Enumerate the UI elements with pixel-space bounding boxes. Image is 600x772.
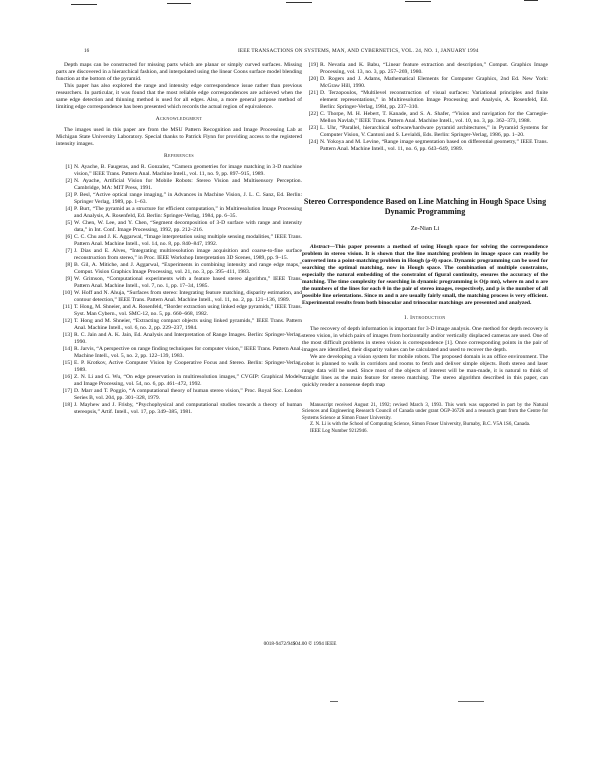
- reference-text: W. Grimson, “Computational experiments w…: [74, 276, 302, 289]
- reference-text: L. Uhr, “Parallel, hierarchical software…: [320, 125, 548, 138]
- reference-number: [12]: [56, 318, 72, 325]
- acknowledgment-text: The images used in this paper are from t…: [56, 127, 302, 148]
- reference-text: P. Besl, “Active optical range imaging,”…: [74, 192, 302, 205]
- reference-item: [22]C. Thorpe, M. H. Hebert, T. Kanade, …: [302, 111, 548, 125]
- reference-item: [10]W. Hoff and N. Ahuja, “Surfaces from…: [56, 290, 302, 304]
- reference-text: J. Mayhew and J. Frisby, “Psychophysical…: [74, 402, 302, 415]
- reference-text: T. Hong, M. Shneier, and A. Rosenfeld, “…: [74, 304, 302, 317]
- footnotes: Manuscript received August 21, 1992; rev…: [302, 403, 548, 435]
- reference-number: [2]: [56, 178, 72, 185]
- abstract: Abstract—This paper presents a method of…: [302, 244, 548, 307]
- reference-number: [4]: [56, 206, 72, 213]
- reference-item: [2]N. Ayache, Artificial Vision for Mobi…: [56, 178, 302, 192]
- scan-mark: [71, 4, 97, 5]
- reference-item: [24]N. Yokoya and M. Levine, “Range imag…: [302, 139, 548, 153]
- reference-list: [1]N. Ayache, B. Faugeras, and R. Gonzal…: [56, 164, 302, 416]
- reference-text: W. Hoff and N. Ahuja, “Surfaces from ste…: [74, 290, 302, 303]
- reference-number: [22]: [302, 111, 318, 118]
- reference-text: T. Hong and M. Shneier, “Extracting comp…: [74, 318, 302, 331]
- reference-item: [19]R. Nevatia and K. Babu, “Linear feat…: [302, 62, 548, 76]
- reference-item: [9]W. Grimson, “Computational experiment…: [56, 276, 302, 290]
- reference-item: [13]R. C. Jain and A. K. Jain, Ed. Analy…: [56, 332, 302, 346]
- paper-title: Stereo Correspondence Based on Line Matc…: [302, 197, 548, 217]
- reference-number: [20]: [302, 76, 318, 83]
- journal-title: IEEE TRANSACTIONS ON SYSTEMS, MAN, AND C…: [238, 48, 479, 54]
- reference-number: [18]: [56, 402, 72, 409]
- reference-number: [3]: [56, 192, 72, 199]
- reference-item: [15]E. P. Krotkov, Active Computer Visio…: [56, 360, 302, 374]
- introduction-heading: I. Introduction: [302, 315, 548, 322]
- footnote: Manuscript received August 21, 1992; rev…: [302, 403, 548, 422]
- reference-number: [1]: [56, 164, 72, 171]
- reference-text: E. P. Krotkov, Active Computer Vision by…: [74, 360, 302, 373]
- scan-mark: [286, 2, 312, 3]
- reference-text: D. Marr and T. Poggio, “A computational …: [74, 388, 302, 401]
- intro-paragraph: We are developing a vision system for mo…: [302, 354, 548, 389]
- reference-text: J. Dias and E. Alves, “Integrating multi…: [74, 248, 302, 261]
- scan-mark: [405, 1, 431, 2]
- reference-number: [5]: [56, 220, 72, 227]
- reference-item: [18]J. Mayhew and J. Frisby, “Psychophys…: [56, 402, 302, 416]
- intro-paragraph: The recovery of depth information is imp…: [302, 326, 548, 354]
- reference-text: P. Burt, “The pyramid as a structure for…: [74, 206, 302, 219]
- author-name: Ze-Nian Li: [302, 225, 548, 232]
- reference-text: C. C. Chu and J. K. Aggarwal, “Image int…: [74, 234, 302, 247]
- reference-item: [23]L. Uhr, “Parallel, hierarchical soft…: [302, 125, 548, 139]
- reference-number: [13]: [56, 332, 72, 339]
- reference-item: [5]W. Chen, W. Lee, and Y. Chen, “Segmen…: [56, 220, 302, 234]
- footnote: Z. N. Li is with the School of Computing…: [302, 422, 548, 428]
- conclusion-paragraph: This paper has also explored the range a…: [56, 83, 302, 111]
- references-heading: References: [56, 153, 302, 160]
- reference-number: [19]: [302, 62, 318, 69]
- reference-number: [16]: [56, 374, 72, 381]
- reference-item: [14]R. Jarvis, “A perspective on range f…: [56, 346, 302, 360]
- reference-item: [12]T. Hong and M. Shneier, “Extracting …: [56, 318, 302, 332]
- reference-text: B. Gil, A. Mitiche, and J. Aggarwal, “Ex…: [74, 262, 302, 275]
- reference-number: [6]: [56, 234, 72, 241]
- footnote: IEEE Log Number 9212946.: [302, 429, 548, 435]
- running-header: 16 IEEE TRANSACTIONS ON SYSTEMS, MAN, AN…: [0, 48, 600, 60]
- scan-mark: [458, 701, 484, 702]
- abstract-text: This paper presents a method of using Ho…: [302, 244, 548, 306]
- reference-item: [16]Z. N. Li and G. Wu, “On edge preserv…: [56, 374, 302, 388]
- reference-number: [7]: [56, 248, 72, 255]
- right-column: [19]R. Nevatia and K. Babu, “Linear feat…: [302, 62, 548, 435]
- reference-item: [4]P. Burt, “The pyramid as a structure …: [56, 206, 302, 220]
- page-number: 16: [84, 48, 89, 54]
- reference-item: [21]D. Terzopoulos, “Multilevel reconstr…: [302, 90, 548, 111]
- scan-mark: [524, 0, 538, 1]
- reference-list-continued: [19]R. Nevatia and K. Babu, “Linear feat…: [302, 62, 548, 153]
- reference-item: [11]T. Hong, M. Shneier, and A. Rosenfel…: [56, 304, 302, 318]
- reference-text: N. Ayache, B. Faugeras, and R. Gonzalez,…: [74, 164, 302, 177]
- reference-text: N. Yokoya and M. Levine, “Range image se…: [320, 139, 548, 152]
- reference-item: [7]J. Dias and E. Alves, “Integrating mu…: [56, 248, 302, 262]
- reference-text: W. Chen, W. Lee, and Y. Chen, “Segment d…: [74, 220, 302, 233]
- conclusion-paragraph: Depth maps can be constructed for missin…: [56, 62, 302, 83]
- abstract-label: Abstract: [310, 244, 329, 250]
- reference-number: [8]: [56, 262, 72, 269]
- reference-text: D. Rogers and J. Adams, Mathematical Ele…: [320, 76, 548, 89]
- left-column: Depth maps can be constructed for missin…: [56, 62, 302, 416]
- scan-mark: [330, 701, 338, 702]
- reference-text: Z. N. Li and G. Wu, “On edge preservatio…: [74, 374, 302, 387]
- reference-text: R. Jarvis, “A perspective on range findi…: [74, 346, 302, 359]
- reference-number: [17]: [56, 388, 72, 395]
- scan-mark: [167, 3, 191, 4]
- reference-item: [8]B. Gil, A. Mitiche, and J. Aggarwal, …: [56, 262, 302, 276]
- reference-number: [23]: [302, 125, 318, 132]
- reference-item: [3]P. Besl, “Active optical range imagin…: [56, 192, 302, 206]
- reference-number: [10]: [56, 290, 72, 297]
- reference-number: [9]: [56, 276, 72, 283]
- reference-text: D. Terzopoulos, “Multilevel reconstructi…: [320, 90, 548, 110]
- reference-text: C. Thorpe, M. H. Hebert, T. Kanade, and …: [320, 111, 548, 124]
- reference-number: [24]: [302, 139, 318, 146]
- reference-text: R. Nevatia and K. Babu, “Linear feature …: [320, 62, 548, 75]
- acknowledgment-heading: Acknowledgment: [56, 116, 302, 123]
- reference-text: R. C. Jain and A. K. Jain, Ed. Analysis …: [74, 332, 302, 345]
- reference-number: [11]: [56, 304, 72, 311]
- reference-number: [15]: [56, 360, 72, 367]
- reference-item: [20]D. Rogers and J. Adams, Mathematical…: [302, 76, 548, 90]
- reference-item: [17]D. Marr and T. Poggio, “A computatio…: [56, 388, 302, 402]
- copyright-line: 0018-9472/94$04.00 © 1994 IEEE: [0, 641, 600, 647]
- reference-number: [14]: [56, 346, 72, 353]
- reference-item: [6]C. C. Chu and J. K. Aggarwal, “Image …: [56, 234, 302, 248]
- reference-text: N. Ayache, Artificial Vision for Mobile …: [74, 178, 302, 191]
- reference-number: [21]: [302, 90, 318, 97]
- reference-item: [1]N. Ayache, B. Faugeras, and R. Gonzal…: [56, 164, 302, 178]
